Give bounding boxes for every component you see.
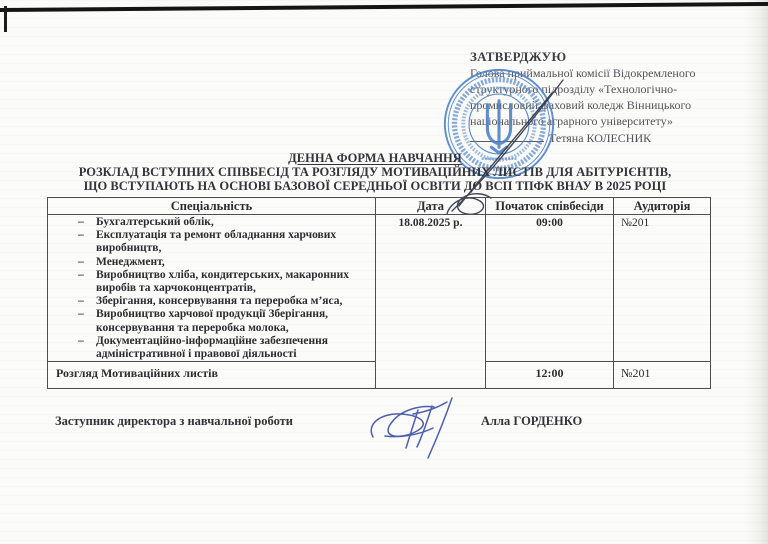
list-item: Виробництво харчової продукції Зберіганн… (48, 308, 375, 334)
footer-position-title: Заступник директора з навчальної роботи (55, 414, 293, 429)
trident-icon (487, 101, 510, 153)
table-header-row: Спеціальність Дата Початок співбесіди Ау… (48, 198, 711, 215)
list-item: Бухгалтерський облік, (48, 216, 375, 229)
list-item: Документаційно-інформаційне забезпечення… (48, 335, 375, 361)
title-line-1: ДЕННА ФОРМА НАВЧАННЯ (30, 152, 720, 165)
scanned-document-page: ЗАТВЕРДЖУЮ Голова приймальної комісії Ві… (0, 0, 768, 544)
title-line-3: ЩО ВСТУПАЮТЬ НА ОСНОВІ БАЗОВОЇ СЕРЕДНЬОЇ… (30, 180, 720, 193)
specialty-cell: Бухгалтерський облік, Експлуатація та ре… (48, 215, 376, 362)
list-item: Виробництво хліба, кондитерських, макаро… (48, 269, 375, 295)
room-cell: №201 (614, 215, 711, 362)
table-row: Бухгалтерський облік, Експлуатація та ре… (48, 215, 711, 362)
col-header-room: Аудиторія (614, 198, 711, 215)
approval-heading: ЗАТВЕРДЖУЮ (470, 49, 762, 65)
list-item: Експлуатація та ремонт обладнання харчов… (48, 229, 375, 255)
approval-signer-name: Тетяна КОЛЕСНИК (549, 131, 651, 145)
specialty-list: Бухгалтерський облік, Експлуатація та ре… (48, 216, 375, 361)
scan-edge-left (4, 6, 7, 32)
col-header-date: Дата (376, 198, 486, 215)
list-item: Менеджмент, (48, 256, 375, 269)
scan-edge-top (0, 2, 768, 12)
time-cell: 09:00 (486, 215, 614, 362)
time-cell: 12:00 (486, 362, 614, 389)
date-cell: 18.08.2025 р. (376, 215, 486, 389)
schedule-table: Спеціальність Дата Початок співбесіди Ау… (47, 197, 711, 389)
footer-signer-name: Алла ГОРДЕНКО (481, 414, 582, 429)
room-cell: №201 (614, 362, 711, 389)
col-header-time: Початок співбесіди (486, 198, 614, 215)
motivation-letters-cell: Розгляд Мотиваційних листів (48, 362, 376, 389)
title-line-2: РОЗКЛАД ВСТУПНИХ СПІВБЕСІД ТА РОЗГЛЯДУ М… (30, 166, 720, 179)
title-block: ДЕННА ФОРМА НАВЧАННЯ РОЗКЛАД ВСТУПНИХ СП… (30, 152, 720, 193)
list-item: Зберігання, консервування та переробка м… (48, 295, 375, 308)
col-header-specialty: Спеціальність (48, 198, 376, 215)
